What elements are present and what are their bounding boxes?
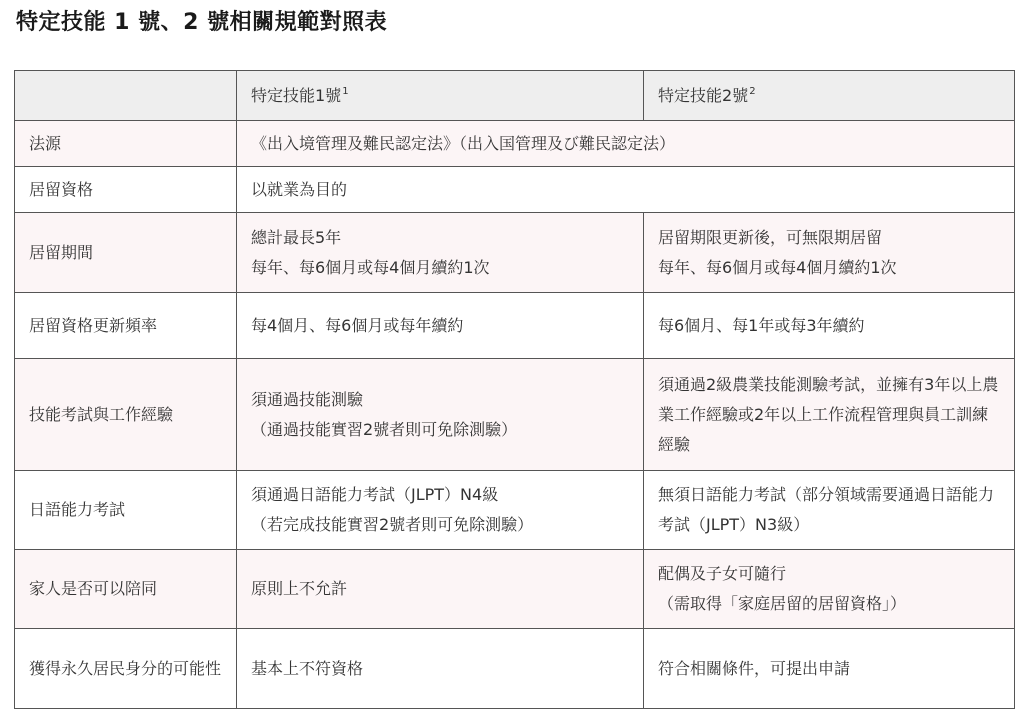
cell-text: 須通過2級農業技能測驗考試，並擁有3年以上農業工作經驗或2年以上工作流程管理與員…: [658, 370, 1000, 460]
cell-skill-2: 居留期限更新後，可無限期居留 每年、每6個月或每4個月續約1次: [644, 213, 1015, 293]
row-label: 日語能力考試: [15, 471, 237, 550]
row-label: 居留資格: [15, 167, 237, 213]
table-row-japanese-test: 日語能力考試 須通過日語能力考試（JLPT）N4級 （若完成技能實習2號者則可免…: [15, 471, 1015, 550]
table-row-residence-status: 居留資格 以就業為目的: [15, 167, 1015, 213]
header-label: 特定技能1號: [251, 86, 341, 105]
cell-text: 配偶及子女可隨行: [658, 559, 1000, 589]
row-label: 居留資格更新頻率: [15, 293, 237, 359]
header-specified-skill-2: 特定技能2號2: [644, 71, 1015, 121]
page-title: 特定技能 1 號、2 號相關規範對照表: [16, 8, 387, 38]
cell-text: 總計最長5年: [251, 223, 629, 253]
row-label: 獲得永久居民身分的可能性: [15, 629, 237, 709]
cell-skill-1: 每4個月、每6個月或每年續約: [237, 293, 644, 359]
cell-text: （通過技能實習2號者則可免除測驗）: [251, 415, 629, 445]
header-blank-cell: [15, 71, 237, 121]
cell-text: （若完成技能實習2號者則可免除測驗）: [251, 510, 629, 540]
table-header-row: 特定技能1號1 特定技能2號2: [15, 71, 1015, 121]
cell-text: 每年、每6個月或每4個月續約1次: [251, 253, 629, 283]
cell-skill-2: 符合相關條件，可提出申請: [644, 629, 1015, 709]
merged-cell: 以就業為目的: [237, 167, 1015, 213]
cell-text: 無須日語能力考試（部分領域需要通過日語能力考試（JLPT）N3級）: [658, 480, 1000, 540]
row-label: 技能考試與工作經驗: [15, 359, 237, 471]
cell-skill-1: 基本上不符資格: [237, 629, 644, 709]
cell-skill-2: 每6個月、每1年或每3年續約: [644, 293, 1015, 359]
comparison-table: 特定技能1號1 特定技能2號2 法源 《出入境管理及難民認定法》（出入国管理及び…: [14, 70, 1015, 709]
header-label: 特定技能2號: [658, 86, 748, 105]
table-row-family-accompany: 家人是否可以陪同 原則上不允許 配偶及子女可隨行 （需取得「家庭居留的居留資格」…: [15, 550, 1015, 629]
cell-text: 須通過技能測驗: [251, 385, 629, 415]
row-label: 家人是否可以陪同: [15, 550, 237, 629]
table-row-skill-test-experience: 技能考試與工作經驗 須通過技能測驗 （通過技能實習2號者則可免除測驗） 須通過2…: [15, 359, 1015, 471]
cell-skill-2: 無須日語能力考試（部分領域需要通過日語能力考試（JLPT）N3級）: [644, 471, 1015, 550]
cell-skill-2: 須通過2級農業技能測驗考試，並擁有3年以上農業工作經驗或2年以上工作流程管理與員…: [644, 359, 1015, 471]
cell-text: 基本上不符資格: [251, 654, 629, 684]
table-row-residence-period: 居留期間 總計最長5年 每年、每6個月或每4個月續約1次 居留期限更新後，可無限…: [15, 213, 1015, 293]
table-row-permanent-residency: 獲得永久居民身分的可能性 基本上不符資格 符合相關條件，可提出申請: [15, 629, 1015, 709]
cell-skill-1: 原則上不允許: [237, 550, 644, 629]
cell-text: 須通過日語能力考試（JLPT）N4級: [251, 480, 629, 510]
cell-skill-1: 須通過技能測驗 （通過技能實習2號者則可免除測驗）: [237, 359, 644, 471]
cell-text: 以就業為目的: [251, 175, 1000, 205]
cell-text: 《出入境管理及難民認定法》（出入国管理及び難民認定法）: [251, 129, 1000, 159]
cell-skill-1: 總計最長5年 每年、每6個月或每4個月續約1次: [237, 213, 644, 293]
cell-skill-1: 須通過日語能力考試（JLPT）N4級 （若完成技能實習2號者則可免除測驗）: [237, 471, 644, 550]
footnote-marker[interactable]: 2: [749, 86, 755, 97]
table-row-legal-basis: 法源 《出入境管理及難民認定法》（出入国管理及び難民認定法）: [15, 121, 1015, 167]
row-label: 法源: [15, 121, 237, 167]
merged-cell: 《出入境管理及難民認定法》（出入国管理及び難民認定法）: [237, 121, 1015, 167]
cell-text: 每6個月、每1年或每3年續約: [658, 311, 1000, 341]
cell-text: （需取得「家庭居留的居留資格」）: [658, 589, 1000, 619]
cell-text: 原則上不允許: [251, 574, 629, 604]
cell-text: 居留期限更新後，可無限期居留: [658, 223, 1000, 253]
header-specified-skill-1: 特定技能1號1: [237, 71, 644, 121]
cell-text: 每年、每6個月或每4個月續約1次: [658, 253, 1000, 283]
footnote-marker[interactable]: 1: [342, 86, 348, 97]
cell-text: 每4個月、每6個月或每年續約: [251, 311, 629, 341]
table-row-renewal-frequency: 居留資格更新頻率 每4個月、每6個月或每年續約 每6個月、每1年或每3年續約: [15, 293, 1015, 359]
cell-skill-2: 配偶及子女可隨行 （需取得「家庭居留的居留資格」）: [644, 550, 1015, 629]
cell-text: 符合相關條件，可提出申請: [658, 654, 1000, 684]
row-label: 居留期間: [15, 213, 237, 293]
